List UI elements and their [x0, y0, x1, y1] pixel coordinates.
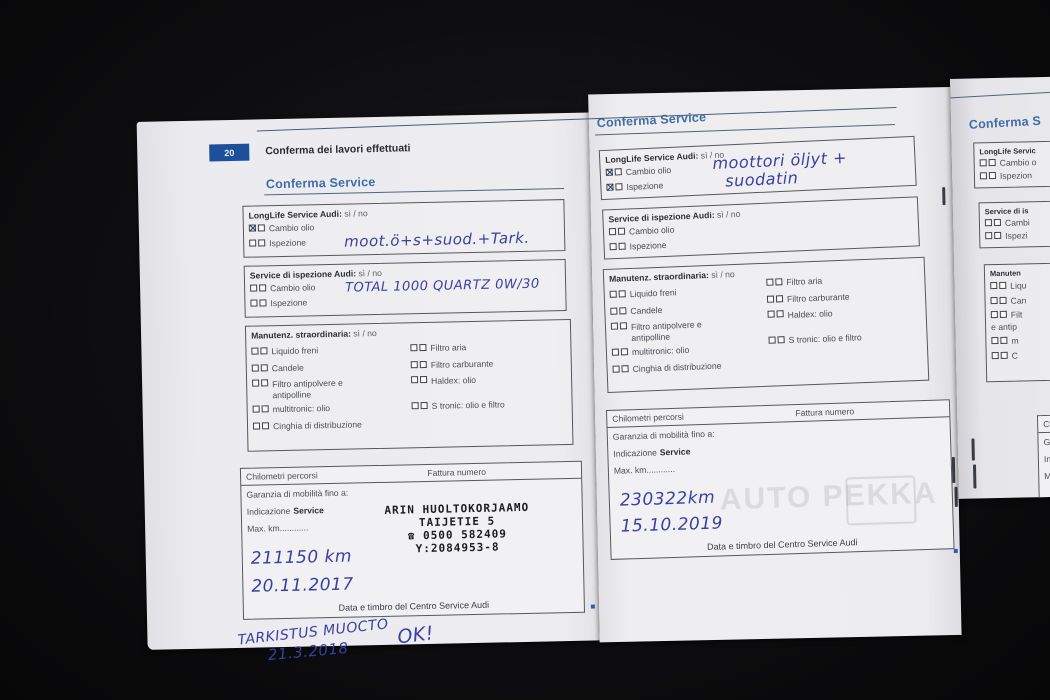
checkbox-si[interactable] — [768, 337, 775, 344]
item-haldex-oil[interactable]: Haldex: olio — [411, 370, 566, 397]
checkbox-no[interactable] — [620, 322, 627, 329]
page-corner-mark — [954, 549, 958, 553]
checkbox-si[interactable] — [991, 337, 998, 344]
item-pollen-filter[interactable]: Filtro antipolvere e antipolline — [252, 373, 407, 400]
handwritten-longlife-note: moot.ö+s+suod.+Tark. — [344, 229, 530, 251]
date-stamp-footer: Data e timbro del Centro Service Audi — [611, 534, 953, 555]
right-page-partial: Conferma S LongLife Servic Cambio o Ispe… — [950, 76, 1050, 499]
checkbox-no[interactable] — [261, 364, 268, 371]
checkbox-si[interactable] — [767, 311, 774, 318]
extraordinary-maintenance-box: Manutenz. straordinaria: sì / no Liquido… — [603, 257, 930, 393]
checkbox-si[interactable] — [767, 296, 774, 303]
checkbox-no[interactable] — [1000, 311, 1007, 318]
checkbox-no[interactable] — [999, 297, 1006, 304]
section-title: Conferma Service — [596, 110, 706, 130]
handwritten-date: 15.10.2019 — [620, 513, 723, 536]
checkbox-no[interactable] — [777, 336, 784, 343]
extraordinary-box-partial: Manuten Liqu Can Filt e antip m C — [984, 261, 1050, 382]
running-rule — [950, 90, 1050, 99]
checkbox-si[interactable] — [251, 347, 258, 354]
checkbox-si[interactable] — [253, 405, 260, 412]
handwritten-date: 20.11.2017 — [251, 575, 354, 597]
checkbox-no[interactable] — [994, 219, 1001, 226]
checkbox-no[interactable] — [615, 183, 622, 190]
checkbox-si[interactable] — [249, 240, 256, 247]
workshop-stamp: ARIN HUOLTOKORJAAMO TAIJETIE 5 ☎ 0500 58… — [372, 501, 543, 557]
date-stamp-footer: Data e timbro del Centro Service Audi — [244, 598, 584, 615]
checkbox-no[interactable] — [776, 295, 783, 302]
binding-edge — [952, 457, 956, 483]
checkbox-si[interactable] — [252, 379, 259, 386]
binding-edge — [973, 464, 977, 488]
checkbox-no[interactable] — [989, 159, 996, 166]
page-number-tab: 20 — [209, 144, 249, 162]
checkbox-no[interactable] — [261, 379, 268, 386]
checkbox-si[interactable] — [253, 422, 260, 429]
checkbox-no[interactable] — [262, 405, 269, 412]
running-head: Conferma dei lavori effettuati — [265, 142, 411, 157]
checkbox-si[interactable] — [985, 232, 992, 239]
longlife-box-partial: LongLife Servic Cambio o Ispezion — [973, 140, 1050, 189]
checkbox-si[interactable] — [610, 308, 617, 315]
middle-page: Conferma Service LongLife Service Audi: … — [588, 87, 961, 642]
checkbox-no[interactable] — [621, 348, 628, 355]
binding-edge — [954, 487, 957, 507]
inspection-box: Service di ispezione Audi: sì / no Cambi… — [602, 196, 920, 259]
inspection-box: Service di ispezione Audi: sì / no Cambi… — [244, 259, 567, 318]
checkbox-si[interactable] — [411, 376, 418, 383]
checkbox-no[interactable] — [258, 239, 265, 246]
inspection-box-partial: Service di is Cambi Ispezi — [978, 199, 1050, 248]
binding-edge — [942, 187, 945, 205]
checkbox-no[interactable] — [258, 224, 265, 231]
checkbox-si[interactable] — [610, 291, 617, 298]
checkbox-si[interactable] — [766, 279, 773, 286]
checkbox-si[interactable] — [991, 311, 998, 318]
section-title-partial: Conferma S — [969, 114, 1042, 132]
checkbox-si-checked[interactable] — [249, 225, 256, 232]
checkbox-si[interactable] — [980, 172, 987, 179]
checkbox-no[interactable] — [989, 172, 996, 179]
left-page: 20 Conferma dei lavori effettuati Confer… — [137, 113, 600, 650]
checkbox-si[interactable] — [980, 159, 987, 166]
checkbox-si[interactable] — [250, 300, 257, 307]
page-corner-mark — [591, 605, 595, 609]
extraordinary-maintenance-box: Manutenz. straordinaria: sì / no Liquido… — [245, 319, 574, 452]
handwritten-ok: OK! — [396, 622, 435, 648]
longlife-box: LongLife Service Audi: sì / no Cambio ol… — [599, 136, 917, 200]
checkbox-no[interactable] — [259, 284, 266, 291]
checkbox-no[interactable] — [618, 243, 625, 250]
checkbox-si[interactable] — [609, 228, 616, 235]
checkbox-no[interactable] — [621, 365, 628, 372]
mileage-box-partial: Chilo Gar Ind Ma — [1037, 413, 1050, 499]
checkbox-si[interactable] — [250, 285, 257, 292]
checkbox-si[interactable] — [412, 402, 419, 409]
binding-edge — [971, 439, 974, 461]
checkbox-no[interactable] — [619, 307, 626, 314]
checkbox-no[interactable] — [260, 347, 267, 354]
checkbox-no[interactable] — [420, 361, 427, 368]
checkbox-si[interactable] — [609, 243, 616, 250]
checkbox-no[interactable] — [1000, 337, 1007, 344]
checkbox-si[interactable] — [612, 366, 619, 373]
checkbox-no[interactable] — [259, 299, 266, 306]
checkbox-no[interactable] — [999, 282, 1006, 289]
service-booklet: 20 Conferma dei lavori effettuati Confer… — [136, 72, 1050, 662]
item-stronic-oil-filter[interactable]: S tronic: olio e filtro — [411, 394, 566, 414]
checkbox-si[interactable] — [410, 344, 417, 351]
item-pollen-filter[interactable]: Filtro antipolvere e antipolline — [611, 314, 765, 344]
checkbox-no[interactable] — [1001, 352, 1008, 359]
checkbox-si[interactable] — [611, 323, 618, 330]
checkbox-no[interactable] — [421, 402, 428, 409]
checkbox-si[interactable] — [990, 282, 997, 289]
checkbox-si-checked[interactable] — [606, 184, 613, 191]
checkbox-no[interactable] — [618, 228, 625, 235]
checkbox-si[interactable] — [411, 361, 418, 368]
checkbox-no[interactable] — [262, 422, 269, 429]
checkbox-si[interactable] — [992, 352, 999, 359]
handwritten-km: 230322km — [620, 488, 716, 511]
km-label: Chilometri percorsi — [246, 470, 318, 481]
checkbox-no[interactable] — [994, 232, 1001, 239]
checkbox-si-checked[interactable] — [606, 169, 613, 176]
invoice-label: Fattura numero — [427, 467, 486, 478]
checkbox-no[interactable] — [419, 344, 426, 351]
checkbox-no[interactable] — [420, 376, 427, 383]
mileage-stamp-box: Chilometri percorsi Fattura numero Garan… — [606, 399, 955, 560]
section-title: Conferma Service — [266, 175, 376, 191]
km-label: Chilometri percorsi — [612, 412, 684, 424]
checkbox-si[interactable] — [990, 297, 997, 304]
checkbox-no[interactable] — [775, 278, 782, 285]
checkbox-no[interactable] — [619, 290, 626, 297]
invoice-label: Fattura numero — [795, 406, 854, 418]
faded-dealer-stamp: AUTO PEKKA — [719, 477, 938, 518]
item-timing-belt[interactable]: Cinghia di distribuzione — [253, 414, 408, 434]
checkbox-si[interactable] — [252, 364, 259, 371]
checkbox-si[interactable] — [985, 219, 992, 226]
checkbox-no[interactable] — [776, 310, 783, 317]
handwritten-filter: suodatin — [725, 168, 799, 190]
checkbox-no[interactable] — [615, 168, 622, 175]
checkbox-si[interactable] — [612, 349, 619, 356]
mileage-stamp-box: Chilometri percorsi Fattura numero Garan… — [240, 461, 585, 620]
handwritten-km: 211150 km — [251, 547, 353, 569]
longlife-box: LongLife Service Audi: sì / no Cambio ol… — [242, 199, 565, 258]
